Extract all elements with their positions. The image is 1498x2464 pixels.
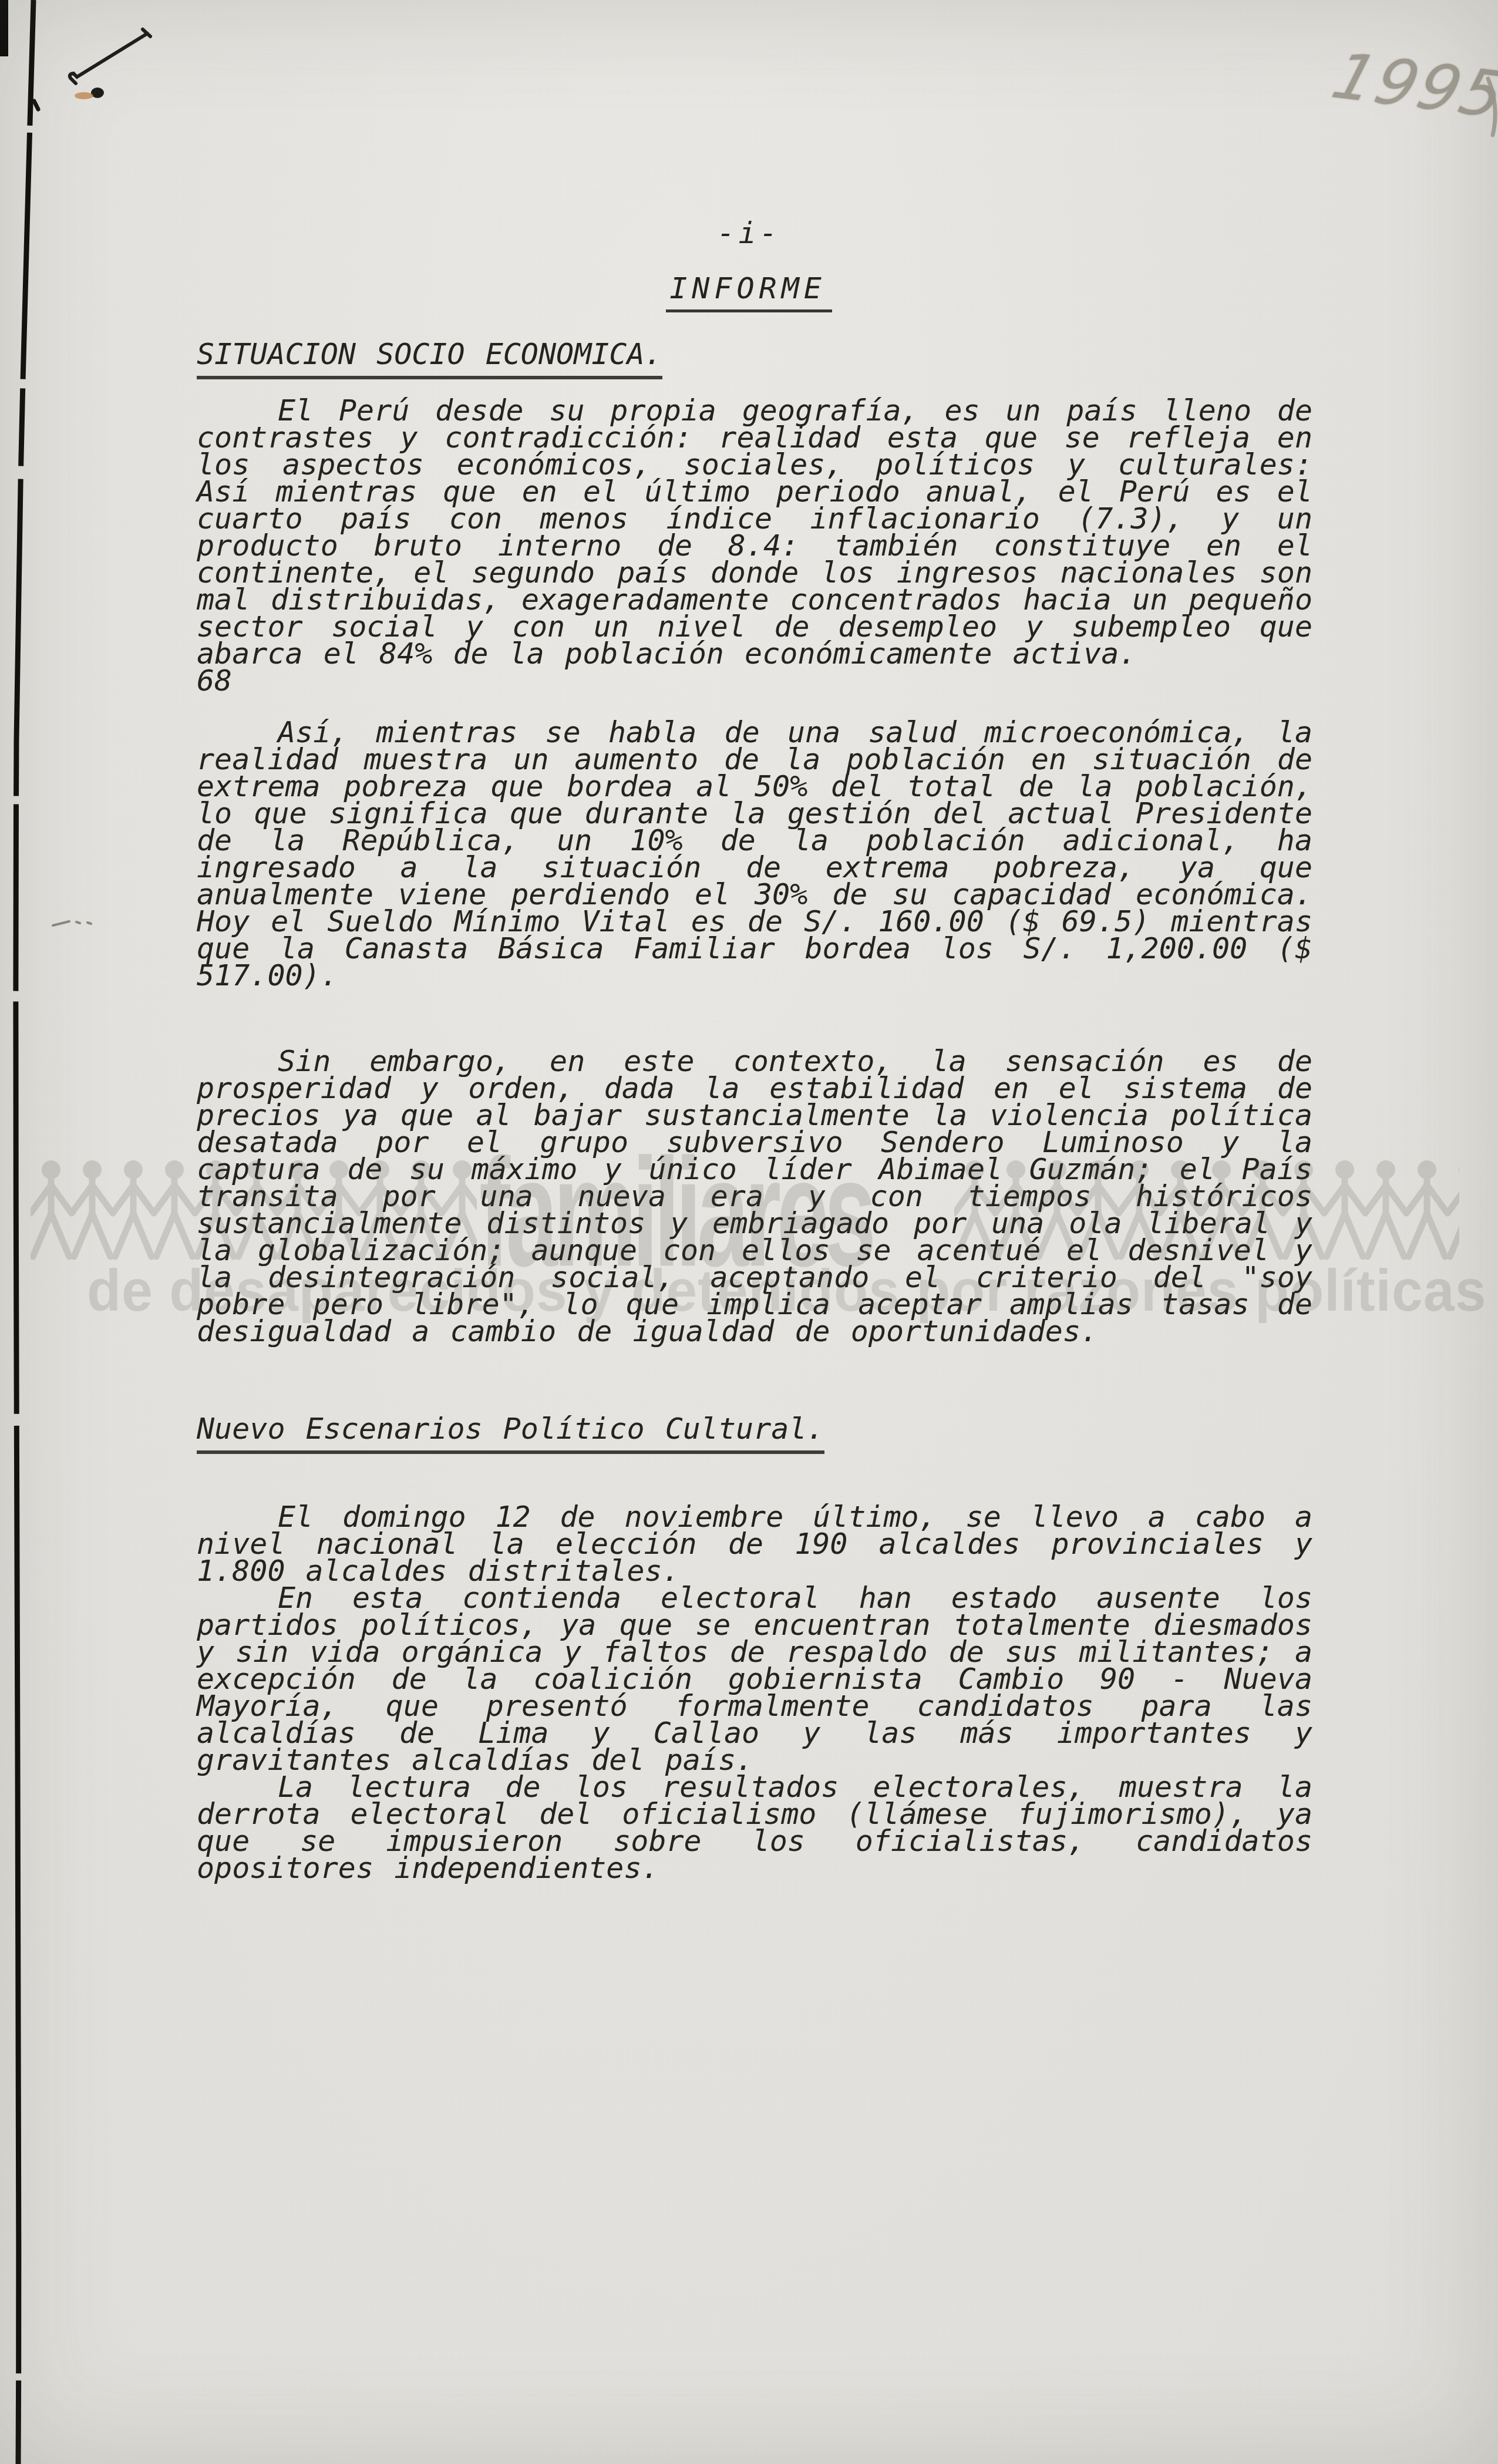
pen-tick [34, 101, 38, 109]
scan-artifact-marks [0, 0, 1498, 2464]
scanned-document-page: 1995 -i- INFORME SITUACION SOCIO ECONOMI… [0, 0, 1498, 2464]
orange-fleck [75, 92, 93, 99]
scan-edge-bar [0, 0, 8, 56]
scan-edge-line [16, 0, 33, 2464]
pen-scribble [70, 29, 150, 83]
pencil-mark [53, 921, 91, 925]
